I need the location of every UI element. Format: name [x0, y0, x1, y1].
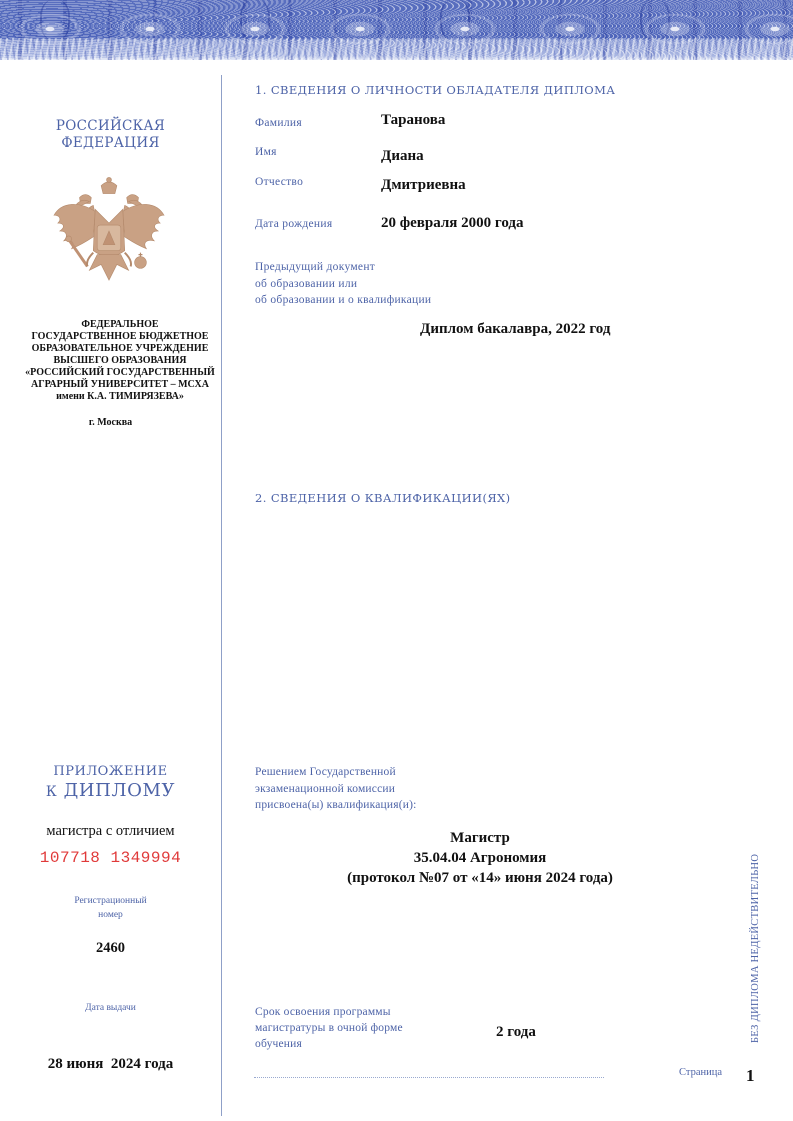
registration-number: 2460: [0, 940, 221, 957]
institution-line: ОБРАЗОВАТЕЛЬНОЕ УЧРЕЖДЕНИЕ: [20, 343, 220, 355]
russian-coat-of-arms-icon: [50, 172, 168, 290]
degree-kind: магистра с отличием: [0, 823, 221, 840]
section1-title: 1. СВЕДЕНИЯ О ЛИЧНОСТИ ОБЛАДАТЕЛЯ ДИПЛОМ…: [255, 83, 615, 97]
qualification-program: 35.04.04 Агрономия: [300, 848, 660, 868]
study-term-label: Срок освоения программы магистратуры в о…: [255, 1004, 403, 1052]
institution-line: имени К.А. ТИМИРЯЗЕВА»: [20, 391, 220, 403]
left-column: РОССИЙСКАЯ ФЕДЕРАЦИЯ: [0, 0, 221, 1121]
study-term-value: 2 года: [496, 1024, 536, 1041]
registration-label-line: Регистрационный: [0, 894, 221, 908]
institution-line: ГОСУДАРСТВЕННОЕ БЮДЖЕТНОЕ: [20, 331, 220, 343]
birth-date-value: 20 февраля 2000 года: [381, 215, 524, 232]
qualification-title: Магистр: [300, 828, 660, 848]
institution-line: АГРАРНЫЙ УНИВЕРСИТЕТ – МСХА: [20, 379, 220, 391]
previous-document-label-line: об образовании или: [255, 276, 431, 293]
supplement-title-main: ДИПЛОМУ: [64, 780, 175, 801]
qualification-protocol: (протокол №07 от «14» июня 2024 года): [300, 868, 660, 888]
institution-line: ФЕДЕРАЛЬНОЕ: [20, 319, 220, 331]
supplement-title-line1: ПРИЛОЖЕНИЕ: [0, 764, 221, 779]
patronymic-label: Отчество: [255, 176, 303, 188]
validity-vertical-note: БЕЗ ДИПЛОМА НЕДЕЙСТВИТЕЛЬНО: [750, 854, 761, 1043]
decision-label-line: экзаменационной комиссии: [255, 781, 417, 798]
commission-decision-label: Решением Государственной экзаменационной…: [255, 764, 417, 814]
institution-line: ВЫСШЕГО ОБРАЗОВАНИЯ: [20, 355, 220, 367]
decision-label-line: присвоена(ы) квалификация(и):: [255, 797, 417, 814]
supplement-title-prefix: К: [46, 784, 57, 800]
country-name-line2: ФЕДЕРАЦИЯ: [0, 135, 221, 152]
supplement-title-line2: К ДИПЛОМУ: [0, 780, 221, 801]
study-term-label-line: магистратуры в очной форме: [255, 1020, 403, 1036]
page-label: Страница: [679, 1067, 722, 1078]
first-name-label: Имя: [255, 146, 277, 158]
bottom-dotted-line: [254, 1077, 604, 1078]
previous-document-value: Диплом бакалавра, 2022 год: [420, 321, 610, 338]
section2-title: 2. СВЕДЕНИЯ О КВАЛИФИКАЦИИ(ЯХ): [255, 491, 511, 505]
previous-document-label-line: Предыдущий документ: [255, 259, 431, 276]
patronymic-value: Дмитриевна: [381, 177, 466, 194]
surname-label: Фамилия: [255, 117, 302, 129]
qualification-block: Магистр 35.04.04 Агрономия (протокол №07…: [300, 828, 660, 888]
registration-number-label: Регистрационный номер: [0, 894, 221, 922]
country-name-line1: РОССИЙСКАЯ: [0, 118, 221, 135]
decision-label-line: Решением Государственной: [255, 764, 417, 781]
previous-document-label-line: об образовании и о квалификации: [255, 292, 431, 309]
page-number: 1: [746, 1066, 755, 1086]
surname-value: Таранова: [381, 112, 445, 129]
study-term-label-line: обучения: [255, 1036, 403, 1052]
registration-label-line: номер: [0, 908, 221, 922]
column-divider: [221, 75, 222, 1116]
issue-date: 28 июня 2024 года: [0, 1056, 221, 1073]
study-term-label-line: Срок освоения программы: [255, 1004, 403, 1020]
institution-city: г. Москва: [0, 417, 221, 428]
serial-number: 107718 1349994: [0, 849, 221, 867]
issue-date-label: Дата выдачи: [0, 1003, 221, 1013]
institution-line: «РОССИЙСКИЙ ГОСУДАРСТВЕННЫЙ: [20, 367, 220, 379]
institution-name: ФЕДЕРАЛЬНОЕ ГОСУДАРСТВЕННОЕ БЮДЖЕТНОЕ ОБ…: [20, 319, 220, 403]
birth-date-label: Дата рождения: [255, 218, 332, 230]
previous-document-label: Предыдущий документ об образовании или о…: [255, 259, 431, 309]
first-name-value: Диана: [381, 148, 424, 165]
